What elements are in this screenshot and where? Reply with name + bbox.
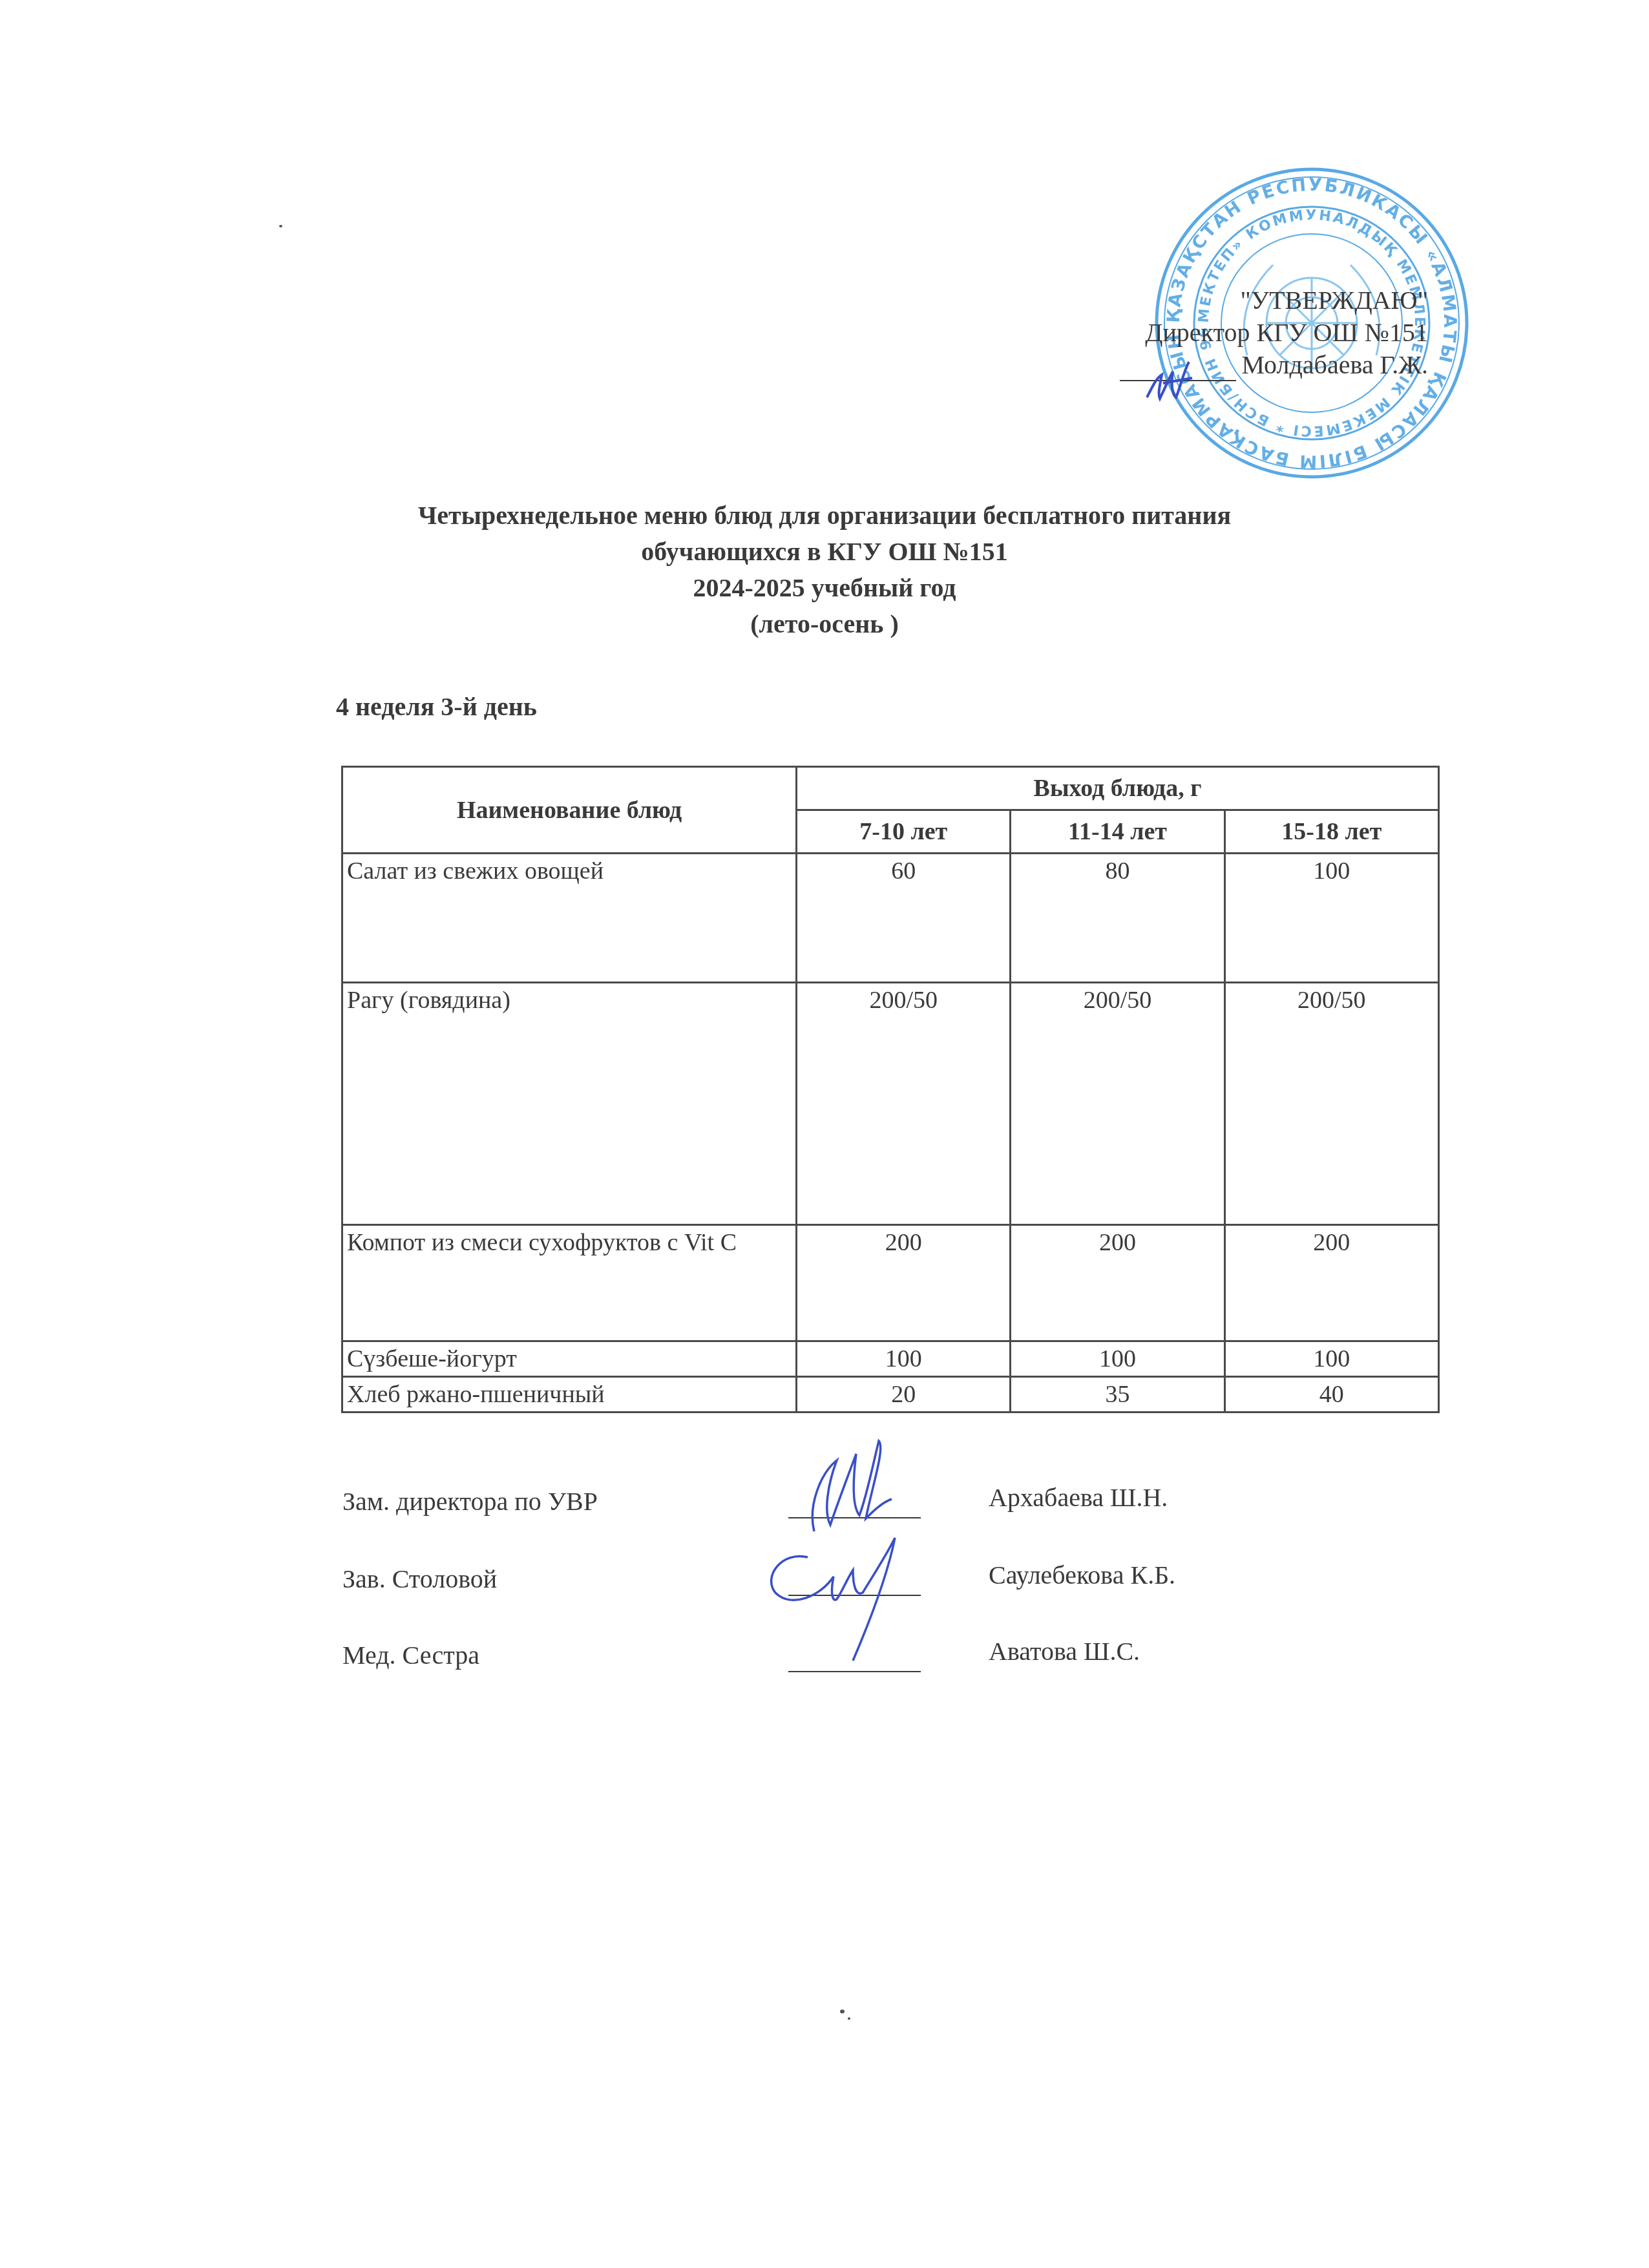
dish-yield: 20	[797, 1377, 1011, 1412]
signature-role: Мед. Сестра	[342, 1640, 479, 1670]
signature-name: Архабаева Ш.Н.	[989, 1482, 1168, 1513]
dish-yield: 200/50	[797, 983, 1011, 1225]
header-dish-name: Наименование блюд	[342, 767, 797, 854]
dish-yield: 200/50	[1224, 983, 1438, 1225]
dish-yield: 100	[1224, 1341, 1438, 1377]
dish-yield: 60	[797, 854, 1011, 983]
dish-name: Хлеб ржано-пшеничный	[342, 1377, 797, 1412]
menu-table: Наименование блюд Выход блюда, г 7-10 ле…	[341, 766, 1440, 1413]
document-title: Четырехнедельное меню блюд для организац…	[0, 498, 1649, 642]
table-row: Сүзбеше-йогурт 100 100 100	[342, 1341, 1439, 1377]
scan-speck	[840, 2010, 845, 2013]
dish-name: Салат из свежих овощей	[342, 854, 797, 983]
approval-name: Молдабаева Г.Ж.	[1241, 350, 1428, 379]
scan-speck	[279, 225, 282, 227]
dish-yield: 200/50	[1011, 983, 1224, 1225]
table-row: Рагу (говядина) 200/50 200/50 200/50	[342, 983, 1439, 1225]
signature-name: Аватова Ш.С.	[989, 1636, 1140, 1666]
dish-yield: 200	[797, 1225, 1011, 1341]
header-age-group: 15-18 лет	[1224, 810, 1438, 854]
approval-block: "УТВЕРЖДАЮ" Директор КГУ ОШ №151 Молдаба…	[1060, 284, 1428, 381]
title-line-3: 2024-2025 учебный год	[0, 570, 1649, 606]
title-line-2: обучающихся в КГУ ОШ №151	[0, 534, 1649, 570]
dish-yield: 100	[1224, 854, 1438, 983]
director-signature-icon	[1144, 359, 1202, 404]
dish-yield: 200	[1224, 1225, 1438, 1341]
title-line-1: Четырехнедельное меню блюд для организац…	[0, 498, 1649, 534]
table-row: Компот из смеси сухофруктов с Vit C 200 …	[342, 1225, 1439, 1341]
handwritten-signature-icon	[756, 1531, 924, 1674]
table-header-row: Наименование блюд Выход блюда, г	[342, 767, 1439, 810]
signature-role: Зам. директора по УВР	[342, 1486, 598, 1517]
approval-signature-line: Молдабаева Г.Ж.	[1060, 349, 1428, 381]
dish-yield: 100	[1011, 1341, 1224, 1377]
dish-name: Рагу (говядина)	[342, 983, 797, 1225]
scan-speck	[848, 2017, 850, 2020]
signature-name: Саулебекова К.Б.	[989, 1560, 1175, 1590]
dish-yield: 80	[1011, 854, 1224, 983]
dish-yield: 100	[797, 1341, 1011, 1377]
header-yield: Выход блюда, г	[797, 767, 1439, 810]
dish-yield: 35	[1011, 1377, 1224, 1412]
header-age-group: 7-10 лет	[797, 810, 1011, 854]
table-row: Хлеб ржано-пшеничный 20 35 40	[342, 1377, 1439, 1412]
dish-name: Компот из смеси сухофруктов с Vit C	[342, 1225, 797, 1341]
approval-position: Директор КГУ ОШ №151	[1060, 317, 1428, 349]
approval-label: "УТВЕРЖДАЮ"	[1060, 284, 1428, 317]
dish-yield: 200	[1011, 1225, 1224, 1341]
dish-name: Сүзбеше-йогурт	[342, 1341, 797, 1377]
table-row: Салат из свежих овощей 60 80 100	[342, 854, 1439, 983]
header-age-group: 11-14 лет	[1011, 810, 1224, 854]
signature-role: Зав. Столовой	[342, 1564, 497, 1594]
day-label: 4 неделя 3-й день	[336, 691, 537, 722]
title-line-4: (лето-осень )	[0, 606, 1649, 642]
dish-yield: 40	[1224, 1377, 1438, 1412]
